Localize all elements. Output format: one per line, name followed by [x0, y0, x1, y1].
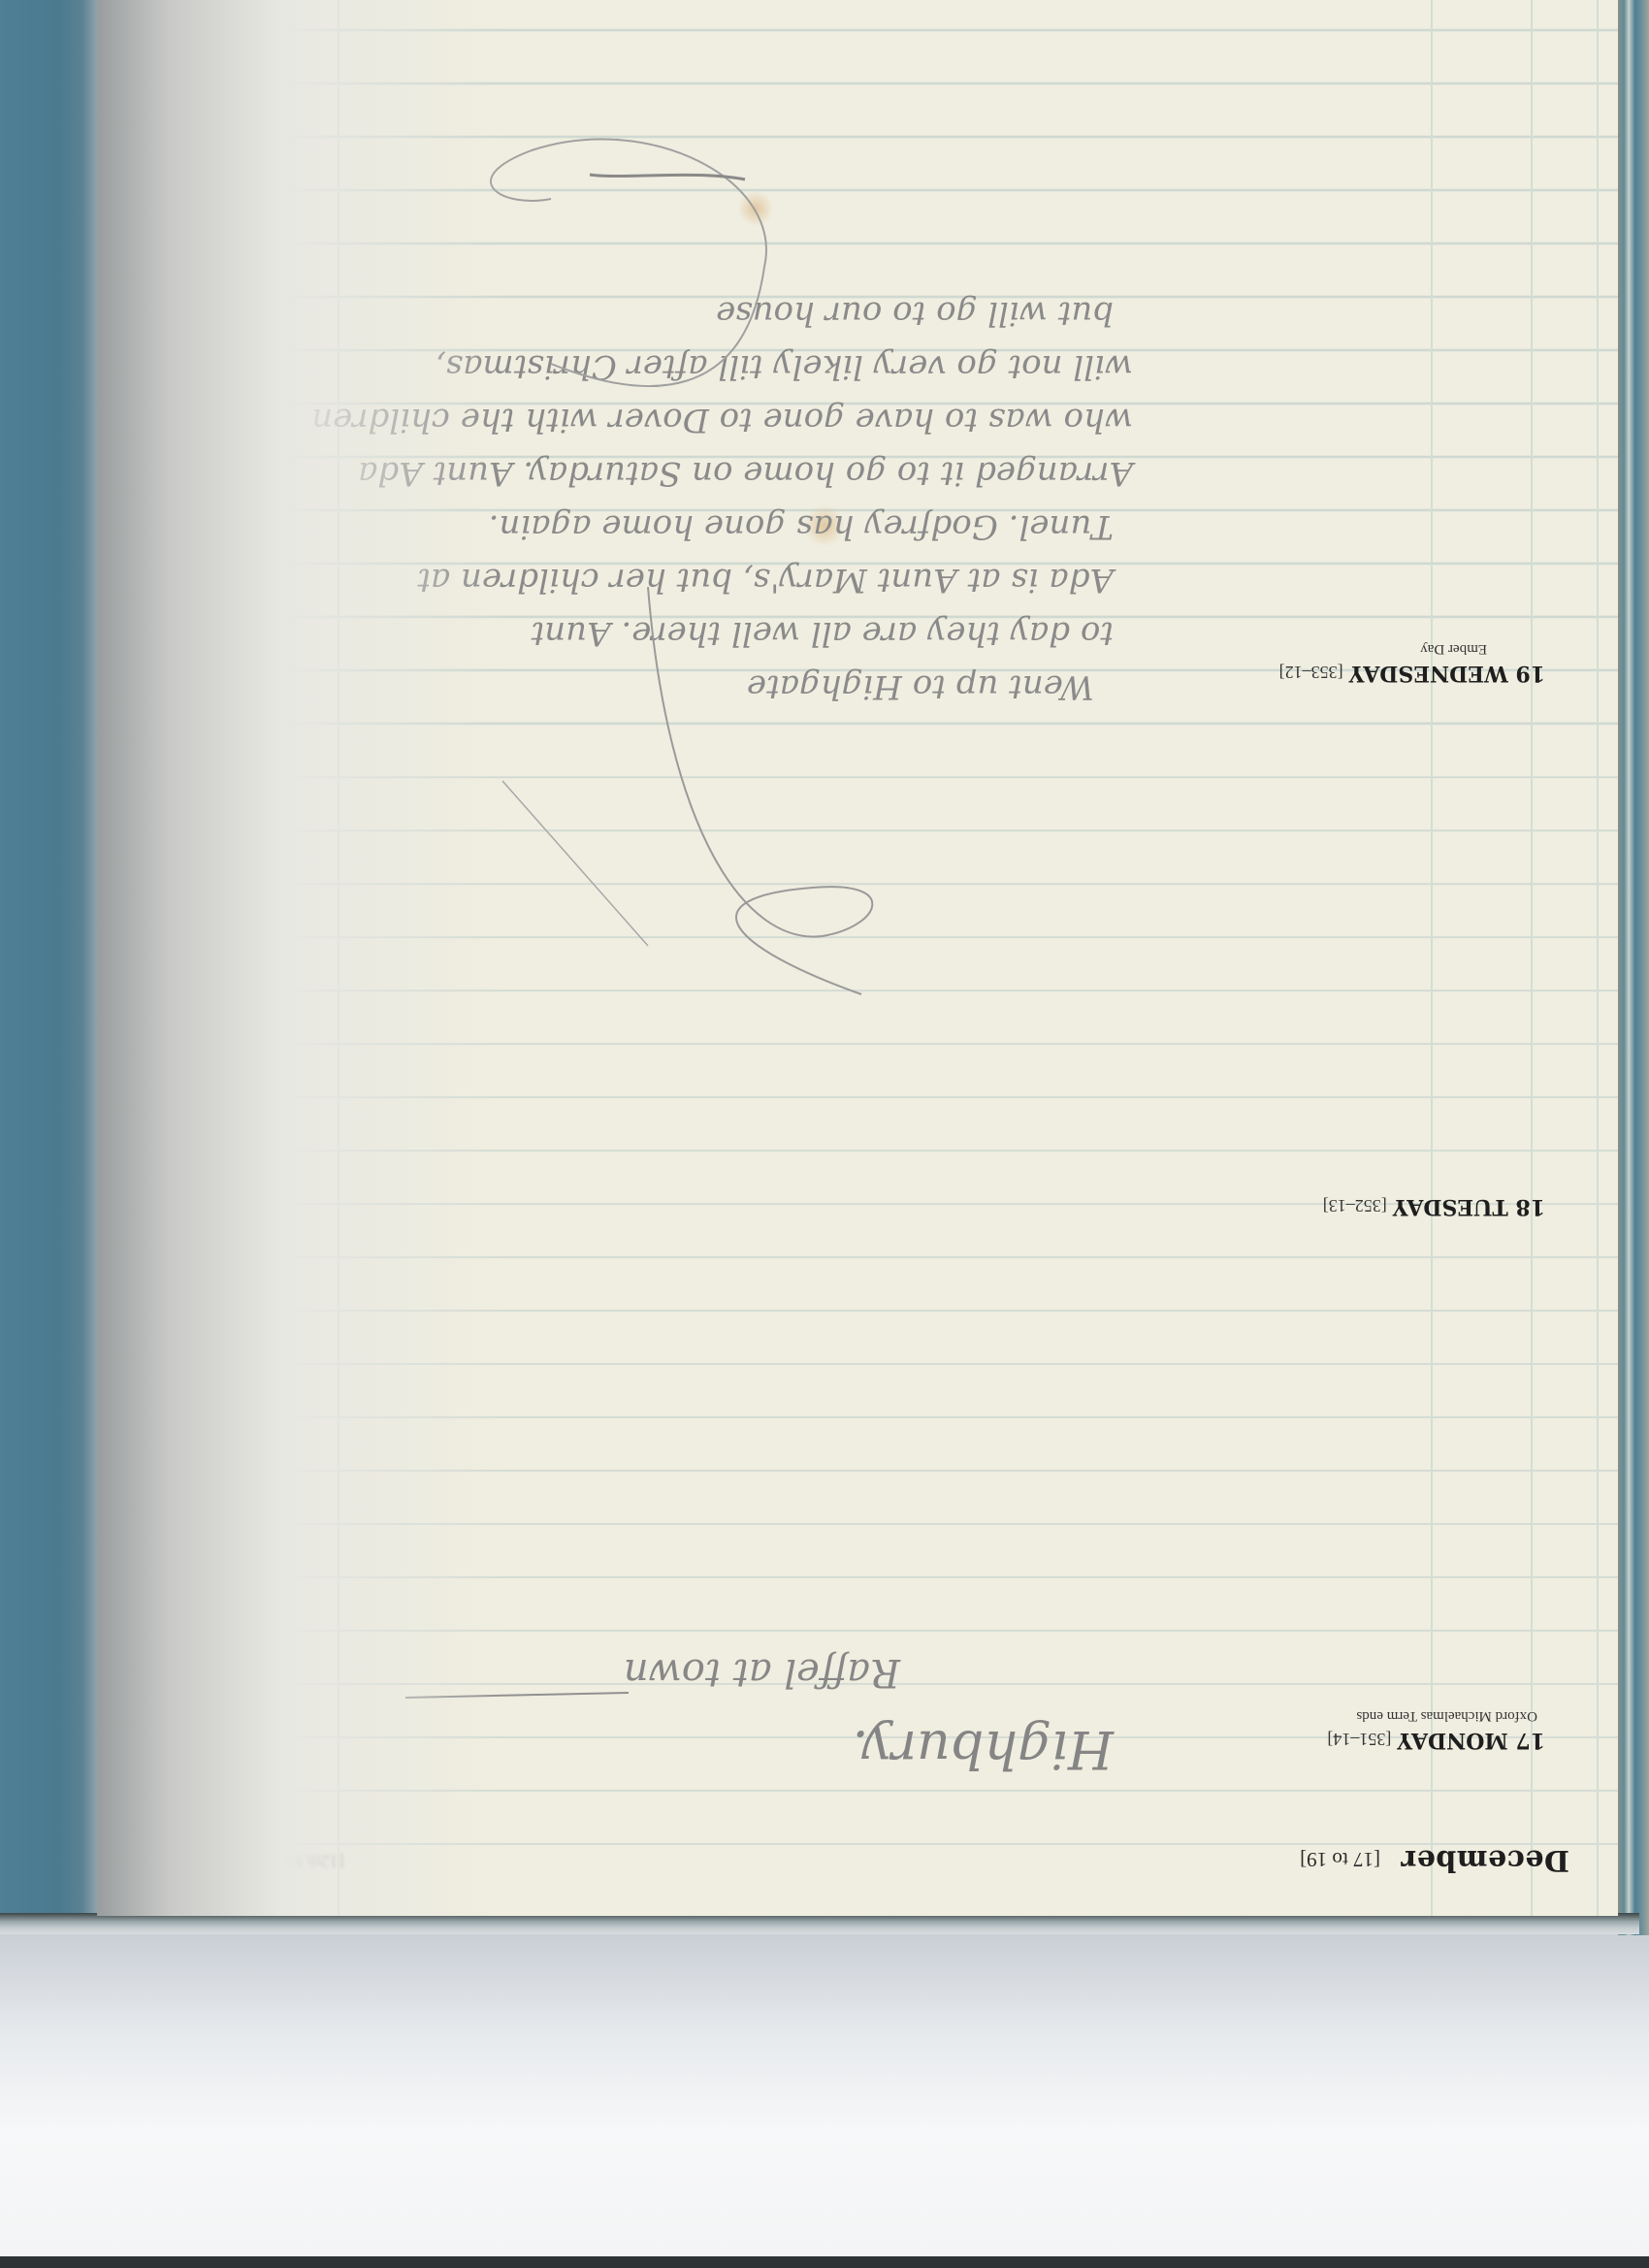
entry-line: Arranged it to go home on Saturday. Aunt…: [311, 446, 1133, 500]
diary-page: December [17 to 19] [12th Month] 1917 17…: [97, 0, 1618, 1916]
month-name: December: [1401, 1843, 1569, 1877]
month-ordinal: [12th Month]: [250, 1851, 344, 1871]
day-heading-wednesday: 19 WEDNESDAY[353–12] Ember Day: [1279, 640, 1545, 686]
entry-line: will not go very likely till after Chris…: [311, 340, 1133, 393]
day-number-ref: [352–13]: [1323, 1196, 1387, 1215]
entry-line: but will go to our house: [311, 286, 1114, 340]
date-range: [17 to 19]: [1300, 1847, 1380, 1871]
year: 1917: [163, 1845, 239, 1877]
entry-line: Ada is at Aunt Mary's, but her children …: [311, 553, 1114, 606]
entry-line: who was to have gone to Dover with the c…: [311, 393, 1133, 446]
margin-line: [1597, 0, 1599, 1916]
day-note: Oxford Michaelmas Term ends: [1327, 1707, 1537, 1724]
book-cover-spine: [0, 0, 97, 1916]
book-cover-edge: [1618, 0, 1649, 1935]
handwritten-entry-monday-line-2: Raffel at town: [624, 1650, 900, 1695]
handwritten-entry-wednesday: Went up to Highgate to day they are all …: [311, 286, 1094, 713]
day-title: 18 TUESDAY: [1393, 1194, 1545, 1219]
day-note: Ember Day: [1279, 640, 1487, 657]
day-title: 17 MONDAY: [1397, 1728, 1545, 1753]
entry-line: Tunel. Godfrey has gone home again.: [311, 500, 1114, 553]
book-cover-bottom-edge: [0, 1913, 1639, 1934]
day-number-ref: [351–14]: [1327, 1730, 1391, 1749]
scanner-edge: [0, 2256, 1649, 2268]
entry-line: Went up to Highgate: [311, 660, 1094, 713]
day-number-ref: [353–12]: [1279, 663, 1343, 682]
handwritten-entry-monday-line-1: Highbury.: [853, 1719, 1114, 1780]
month-header: December [17 to 19] [12th Month] 1917: [134, 1829, 1589, 1877]
day-heading-tuesday: 18 TUESDAY[352–13]: [1323, 1194, 1545, 1219]
day-heading-monday: 17 MONDAY[351–14] Oxford Michaelmas Term…: [1327, 1707, 1545, 1753]
day-title: 19 WEDNESDAY: [1349, 661, 1545, 686]
scanner-background: [0, 1930, 1649, 2268]
entry-line: to day they are all well there. Aunt: [311, 606, 1114, 660]
margin-line: [1531, 0, 1533, 1916]
paper-stain: [739, 189, 772, 228]
margin-line: [1431, 0, 1433, 1916]
